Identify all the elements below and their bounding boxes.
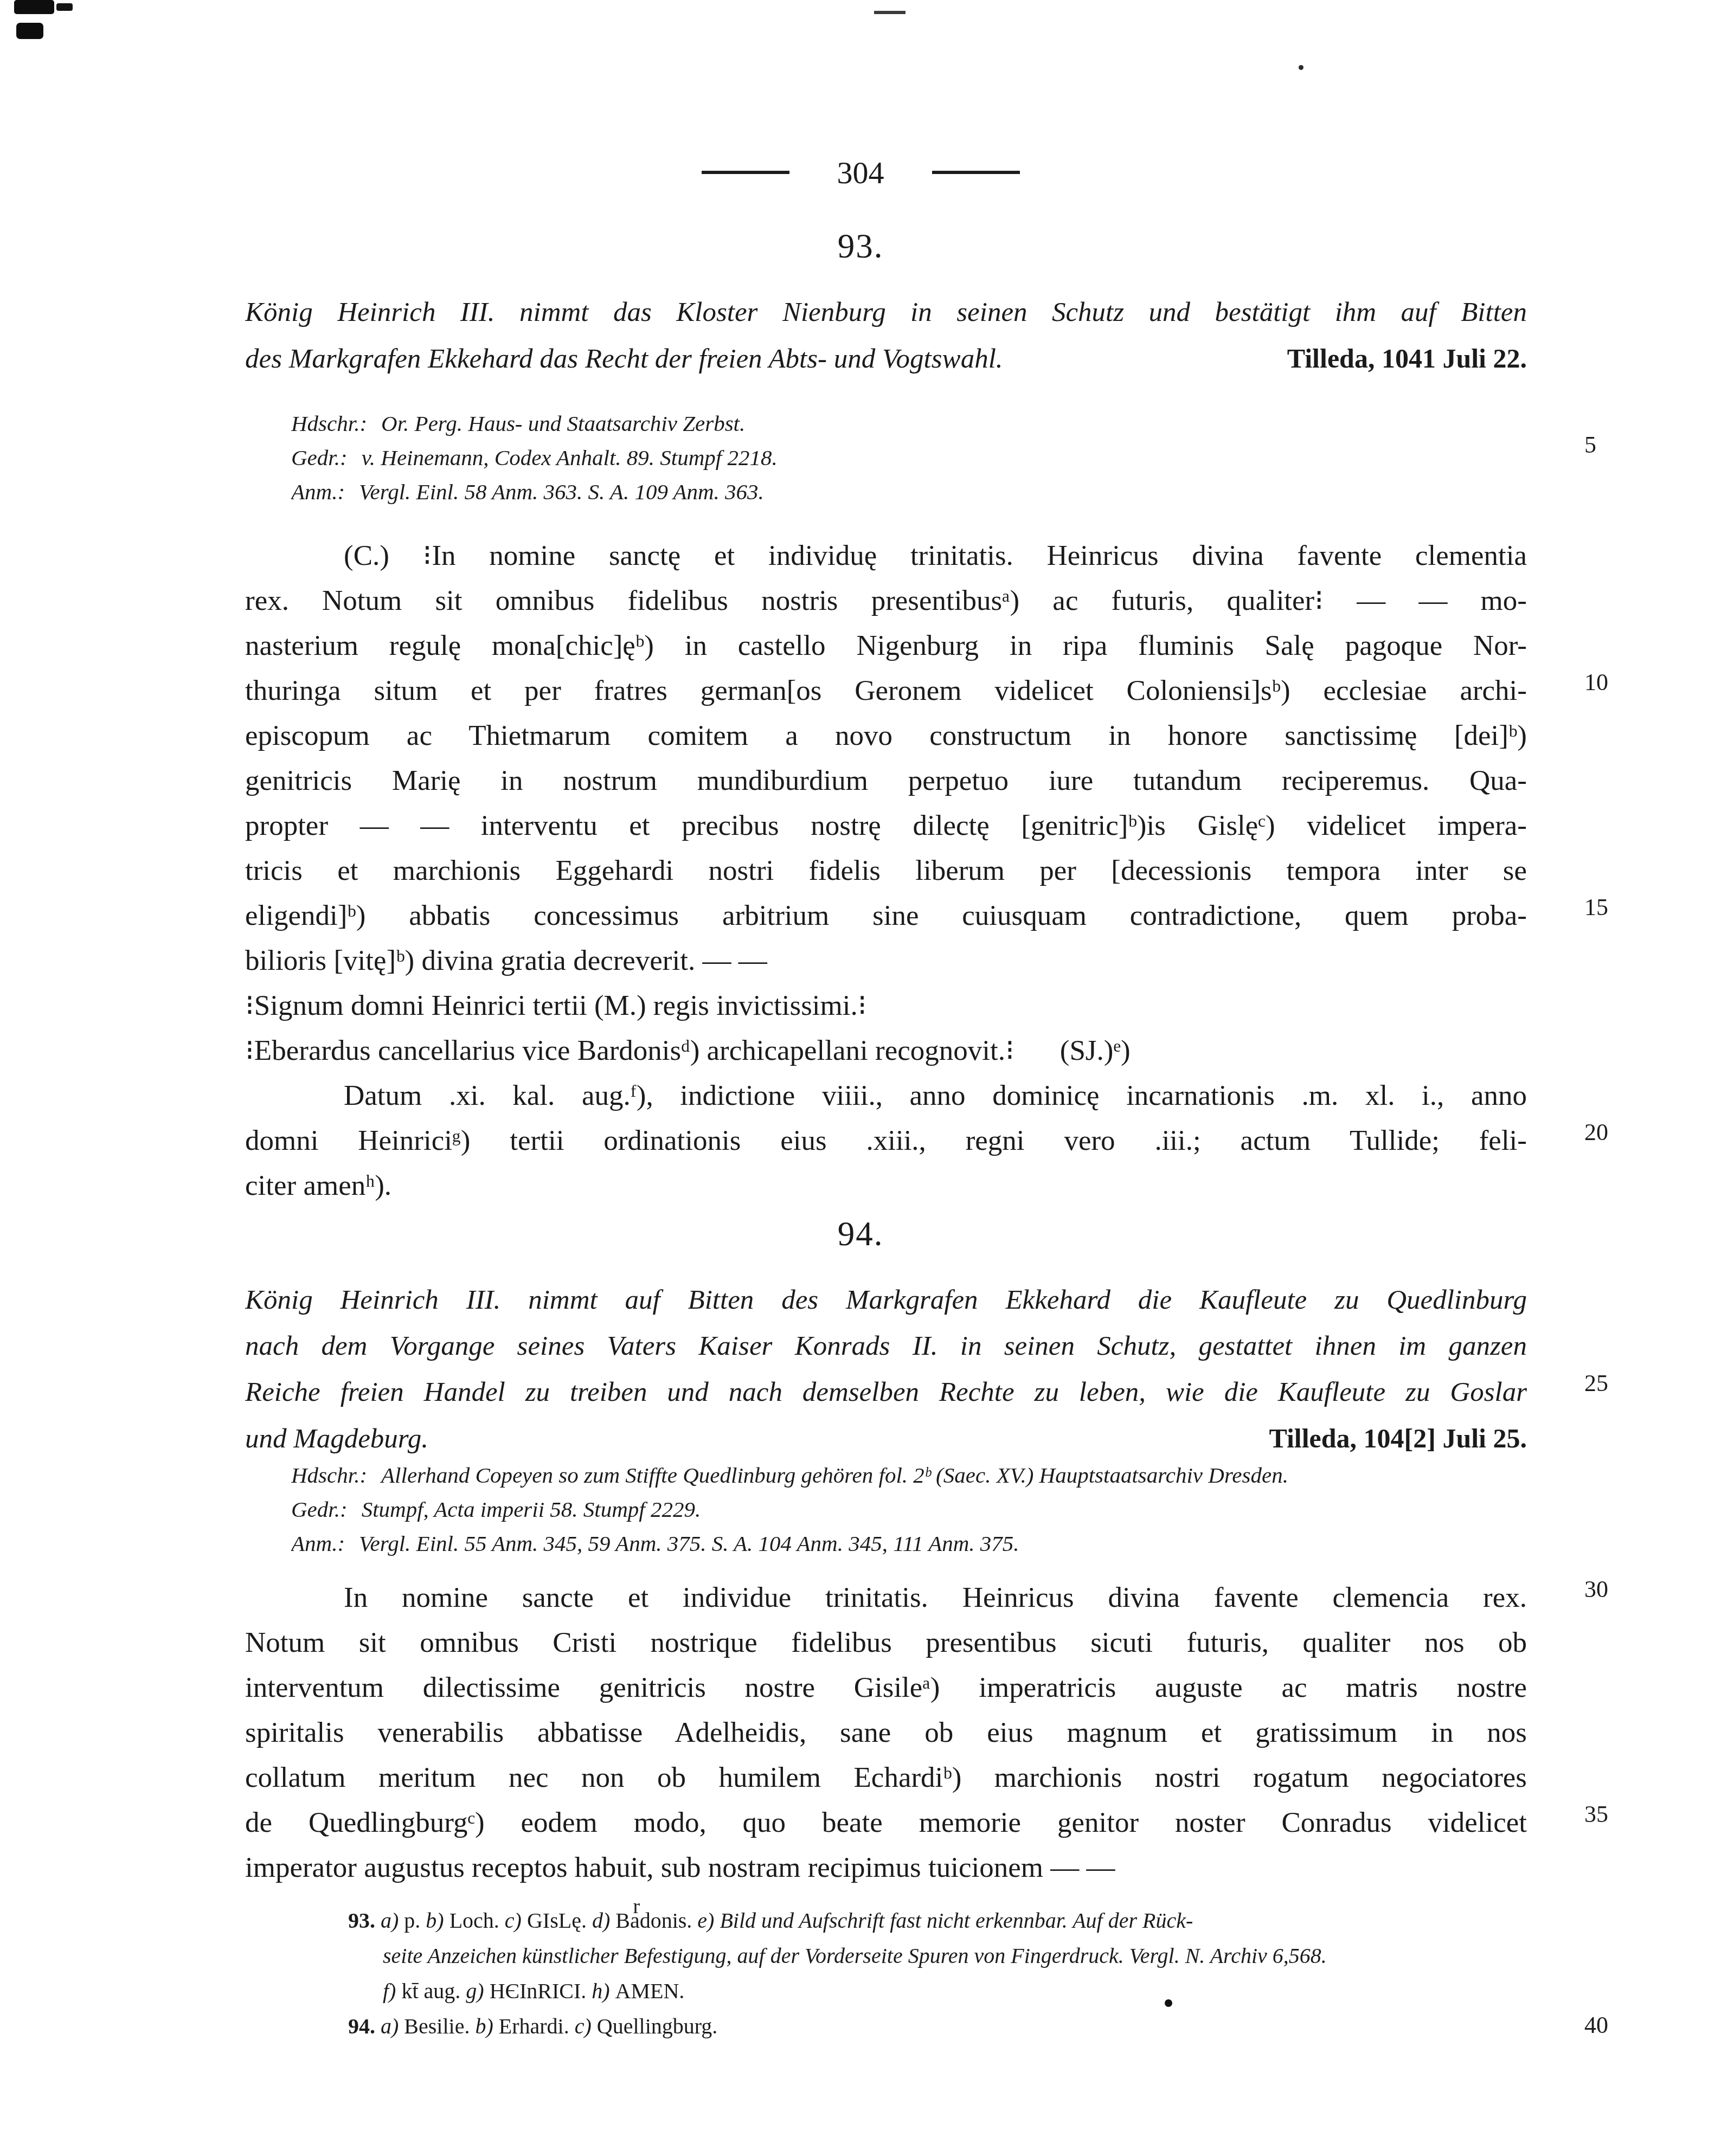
charter-body-93: (C.) ⁝In nomine sanctę et individuę trin… [245, 533, 1527, 1208]
footnote-doc-number: 94. [348, 2014, 375, 2038]
footnote-line-93: 93. a) p. b) Loch. c) GIsLę. d) rBadonis… [348, 1903, 1563, 1938]
footnotes: 93. a) p. b) Loch. c) GIsLę. d) rBadonis… [348, 1903, 1563, 2044]
footnote-reading: Besilie. [404, 2014, 470, 2038]
header-rule-right [932, 171, 1020, 174]
footnote-reading: p. [404, 1908, 420, 1933]
ref-label: Gedr.: [291, 1497, 348, 1522]
regest-line: König Heinrich III. nimmt das Kloster Ni… [245, 289, 1527, 336]
regest-94: König Heinrich III. nimmt auf Bitten des… [245, 1277, 1527, 1462]
body-line: Notum sit omnibus Cristi nostrique fidel… [245, 1620, 1527, 1665]
ref-label: Anm.: [291, 1531, 345, 1556]
footnote-letter: b) [420, 1908, 449, 1933]
regest-line: nach dem Vorgange seines Vaters Kaiser K… [245, 1323, 1527, 1369]
scan-artifact [16, 23, 43, 39]
footnote-letter: a) [375, 2014, 404, 2038]
ref-text: v. Heinemann, Codex Anhalt. 89. Stumpf 2… [362, 445, 778, 470]
regest-line: König Heinrich III. nimmt auf Bitten des… [245, 1277, 1527, 1323]
ref-text: Vergl. Einl. 55 Anm. 345, 59 Anm. 375. S… [359, 1531, 1019, 1556]
body-line: bilioris [vitę]ᵇ) divina gratia decrever… [245, 938, 1527, 983]
footnote-reading: Loch. [449, 1908, 499, 1933]
ref-text: Allerhand Copeyen so zum Stiffte Quedlin… [381, 1463, 1288, 1488]
body-line: genitricis Marię in nostrum mundiburdium… [245, 758, 1527, 803]
body-line: thuringa situm et per fratres german[os … [245, 668, 1527, 713]
footnote-letter: a) [375, 1908, 404, 1933]
footnote-letter: c) [499, 1908, 527, 1933]
body-line: nasterium regulę mona[chic]ęᵇ) in castel… [245, 623, 1527, 668]
scan-artifact [874, 11, 906, 14]
page-number: 304 [837, 155, 884, 191]
footnote-reading: Erhardi. [499, 2014, 569, 2038]
margin-line-number: 10 [1584, 668, 1633, 696]
regest-93: König Heinrich III. nimmt das Kloster Ni… [245, 289, 1527, 382]
regest-line: und Magdeburg. Tilleda, 104[2] Juli 25. [245, 1415, 1527, 1462]
body-line: propter — — interventu et precibus nostr… [245, 803, 1527, 848]
footnote-letter: f) [383, 1979, 401, 2003]
ref-line: Hdschr.:Or. Perg. Haus- und Staatsarchiv… [291, 407, 1527, 441]
regest-text: des Markgrafen Ekkehard das Recht der fr… [245, 336, 1003, 382]
footnote-reading-badonis: rBadonis. [615, 1908, 692, 1933]
recognition-line: ⁝Eberardus cancellarius vice Bardonisᵈ) … [245, 1028, 1527, 1073]
charter-number-94: 94. [0, 1214, 1721, 1254]
ref-line: Gedr.:v. Heinemann, Codex Anhalt. 89. St… [291, 441, 1527, 475]
source-refs-94: Hdschr.:Allerhand Copeyen so zum Stiffte… [291, 1458, 1527, 1561]
footnote-letter: c) [569, 2014, 597, 2038]
footnote-reading: Quellingburg. [597, 2014, 718, 2038]
page-header: 304 [0, 145, 1721, 191]
charter-date-94: Tilleda, 104[2] Juli 25. [1269, 1415, 1527, 1462]
body-line: de Quedlingburgᶜ) eodem modo, quo beate … [245, 1800, 1527, 1845]
scan-artifact [14, 0, 54, 14]
seal-mark: (SJ.)ᵉ) [1060, 1035, 1131, 1066]
scan-artifact [1299, 65, 1303, 70]
charter-body-94: In nomine sancte et individue trinitatis… [245, 1575, 1527, 1890]
margin-line-number: 25 [1584, 1369, 1633, 1397]
header-rule-left [702, 171, 789, 174]
footnote-line-93-end: f) kt̄ aug. g) HЄInRICI. h) AMEN. [348, 1973, 1563, 2009]
ref-text: Stumpf, Acta imperii 58. Stumpf 2229. [362, 1497, 701, 1522]
ref-line: Hdschr.:Allerhand Copeyen so zum Stiffte… [291, 1458, 1527, 1492]
footnote-letter: d) [587, 1908, 615, 1933]
ref-text: Or. Perg. Haus- und Staatsarchiv Zerbst. [381, 411, 745, 436]
margin-line-number: 20 [1584, 1118, 1633, 1146]
footnote-line-93-continuation: seite Anzeichen künstlicher Befestigung,… [348, 1938, 1563, 1973]
body-line: collatum meritum nec non ob humilem Echa… [245, 1755, 1527, 1800]
body-line: (C.) ⁝In nomine sanctę et individuę trin… [245, 533, 1527, 578]
margin-line-number: 40 [1584, 2011, 1633, 2039]
body-line: imperator augustus receptos habuit, sub … [245, 1845, 1527, 1890]
footnote-comment: Bild und Aufschrift fast nicht erkennbar… [720, 1908, 1193, 1933]
body-line: domni Heinriciᵍ) tertii ordinationis eiu… [245, 1118, 1527, 1163]
margin-line-number: 15 [1584, 893, 1633, 921]
regest-line: des Markgrafen Ekkehard das Recht der fr… [245, 336, 1527, 382]
datum-line: Datum .xi. kal. aug.ᶠ), indictione viiii… [245, 1073, 1527, 1118]
ref-label: Gedr.: [291, 445, 348, 470]
ref-line: Anm.:Vergl. Einl. 58 Anm. 363. S. A. 109… [291, 475, 1527, 509]
body-line: spiritalis venerabilis abbatisse Adelhei… [245, 1710, 1527, 1755]
ref-text: Vergl. Einl. 58 Anm. 363. S. A. 109 Anm.… [359, 479, 764, 504]
ref-line: Anm.:Vergl. Einl. 55 Anm. 345, 59 Anm. 3… [291, 1527, 1527, 1561]
footnote-reading: AMEN. [615, 1979, 685, 2003]
footnote-letter: b) [470, 2014, 498, 2038]
ref-label: Hdschr.: [291, 1463, 367, 1488]
body-line: episcopum ac Thietmarum comitem a novo c… [245, 713, 1527, 758]
charter-date-93: Tilleda, 1041 Juli 22. [1287, 336, 1527, 382]
signum-line: ⁝Signum domni Heinrici tertii (M.) regis… [245, 983, 1527, 1028]
body-line: eligendi]ᵇ) abbatis concessimus arbitriu… [245, 893, 1527, 938]
ref-label: Anm.: [291, 479, 345, 504]
source-refs-93: Hdschr.:Or. Perg. Haus- und Staatsarchiv… [291, 407, 1527, 509]
footnote-reading: GIsLę. [527, 1908, 587, 1933]
charter-number-93: 93. [0, 227, 1721, 266]
footnote-line-94: 94. a) Besilie. b) Erhardi. c) Quellingb… [348, 2009, 1563, 2044]
footnote-letter: g) [460, 1979, 489, 2003]
footnote-doc-number: 93. [348, 1908, 375, 1933]
footnote-reading: HЄInRICI. [490, 1979, 587, 2003]
margin-line-number: 5 [1584, 431, 1633, 459]
footnote-reading: kt̄ aug. [401, 1979, 460, 2003]
footnote-letter: h) [586, 1979, 615, 2003]
ref-line: Gedr.:Stumpf, Acta imperii 58. Stumpf 22… [291, 1492, 1527, 1527]
scanned-book-page: 304 93. König Heinrich III. nimmt das Kl… [0, 0, 1721, 2156]
body-line: tricis et marchionis Eggehardi nostri fi… [245, 848, 1527, 893]
ref-label: Hdschr.: [291, 411, 367, 436]
scan-artifact [56, 3, 73, 11]
margin-line-number: 35 [1584, 1800, 1633, 1828]
body-line: interventum dilectissime genitricis nost… [245, 1665, 1527, 1710]
body-line: citer amenʰ). [245, 1163, 1527, 1208]
margin-line-number: 30 [1584, 1575, 1633, 1603]
body-line: In nomine sancte et individue trinitatis… [245, 1575, 1527, 1620]
footnote-letter: e) [692, 1908, 720, 1933]
superscript-r-correction: r [633, 1903, 640, 1925]
regest-text: und Magdeburg. [245, 1416, 428, 1462]
regest-line: Reiche freien Handel zu treiben und nach… [245, 1369, 1527, 1415]
body-line: rex. Notum sit omnibus fidelibus nostris… [245, 578, 1527, 623]
recognition-text: ⁝Eberardus cancellarius vice Bardonisᵈ) … [245, 1035, 1014, 1066]
